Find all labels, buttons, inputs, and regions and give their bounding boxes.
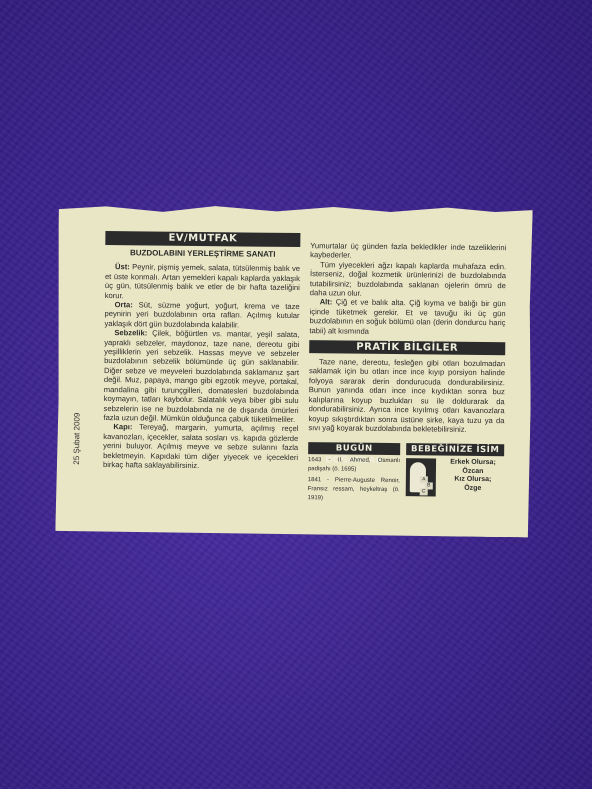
paragraph-text: Tüm yiyecekleri ağzı kapalı kaplarda muh…	[310, 260, 506, 298]
newspaper-clipping: 25 Şubat 2009 EV/MUTFAK BUZDOLABINI YERL…	[55, 203, 532, 538]
paragraph-text: Çiğ et ve balık alta. Çiğ kıyma ve balığ…	[309, 298, 505, 336]
baby-names: Erkek Olursa; Özcan Kız Olursa; Özge	[442, 459, 504, 494]
paragraph-label: Üst:	[115, 263, 130, 272]
born-today-item: 1841 - Pierre-Auguste Renoir, Fransız re…	[308, 476, 400, 504]
block-c: C	[420, 489, 428, 496]
section-header: EV/MUTFAK	[105, 231, 300, 247]
left-column: EV/MUTFAK BUZDOLABINI YERLEŞTİRME SANATI…	[103, 231, 300, 471]
article-paragraph: Kapı: Tereyağ, margarin, yumurta, açılmı…	[103, 422, 298, 471]
article-title: BUZDOLABINI YERLEŞTİRME SANATI	[105, 248, 300, 259]
paragraph-label: Alt:	[320, 298, 333, 307]
paragraph-label: Orta:	[115, 300, 133, 309]
paragraph-text: Yumurtalar üç günden fazla bekledikler i…	[310, 241, 506, 260]
article-body-continued: Yumurtalar üç günden fazla bekledikler i…	[309, 241, 506, 337]
article-paragraph: Üst: Peynir, pişmiş yemek, salata, tütsü…	[105, 262, 300, 302]
baby-name-body: A B C Erkek Olursa; Özcan Kız Olursa; Öz…	[406, 458, 504, 497]
born-today-header: BUGÜN DOĞANLAR	[308, 442, 400, 455]
paragraph-text: Süt, süzme yoğurt, yoğurt, krema ve taze…	[104, 300, 299, 329]
baby-with-abc-blocks-icon: A B C	[406, 458, 436, 496]
bottom-boxes: BUGÜN DOĞANLAR 1643 - II. Ahmed, Osmanlı…	[308, 442, 505, 505]
baby-name-box: BEBEĞİNİZE İSİM A B C Erkek Olursa; Özca…	[406, 443, 505, 505]
paragraph-text: Tereyağ, margarin, yumurta, açılmış reçe…	[103, 423, 298, 470]
girl-name: Özge	[442, 484, 504, 493]
paragraph-label: Sebzelik:	[114, 328, 147, 337]
date-stamp: 25 Şubat 2009	[72, 413, 82, 465]
article-paragraph: Yumurtalar üç günden fazla bekledikler i…	[310, 241, 506, 262]
baby-name-header: BEBEĞİNİZE İSİM	[406, 443, 504, 456]
paragraph-text: Çilek, böğürtlen vs. mantar, yeşil salat…	[103, 329, 299, 424]
article-paragraph: Alt: Çiğ et ve balık alta. Çiğ kıyma ve …	[309, 298, 505, 338]
article-body: Üst: Peynir, pişmiş yemek, salata, tütsü…	[103, 262, 300, 471]
boy-label: Erkek Olursa;	[442, 459, 504, 468]
article-paragraph: Sebzelik: Çilek, böğürtlen vs. mantar, y…	[103, 328, 299, 424]
paragraph-label: Kapı:	[113, 422, 132, 431]
article-paragraph: Tüm yiyecekleri ağzı kapalı kaplarda muh…	[310, 260, 506, 300]
born-today-box: BUGÜN DOĞANLAR 1643 - II. Ahmed, Osmanlı…	[308, 442, 401, 504]
article-paragraph: Orta: Süt, süzme yoğurt, yoğurt, krema v…	[104, 300, 299, 330]
pratik-bilgiler-header: PRATİK BİLGİLER	[309, 340, 505, 355]
paragraph-text: Peynir, pişmiş yemek, salata, tütsülenmi…	[105, 263, 300, 300]
pratik-bilgiler-text: Taze nane, dereotu, fesleğen gibi otları…	[308, 357, 505, 434]
right-column: Yumurtalar üç günden fazla bekledikler i…	[308, 241, 507, 505]
born-today-item: 1643 - II. Ahmed, Osmanlı padişahı (ö. 1…	[308, 456, 400, 475]
